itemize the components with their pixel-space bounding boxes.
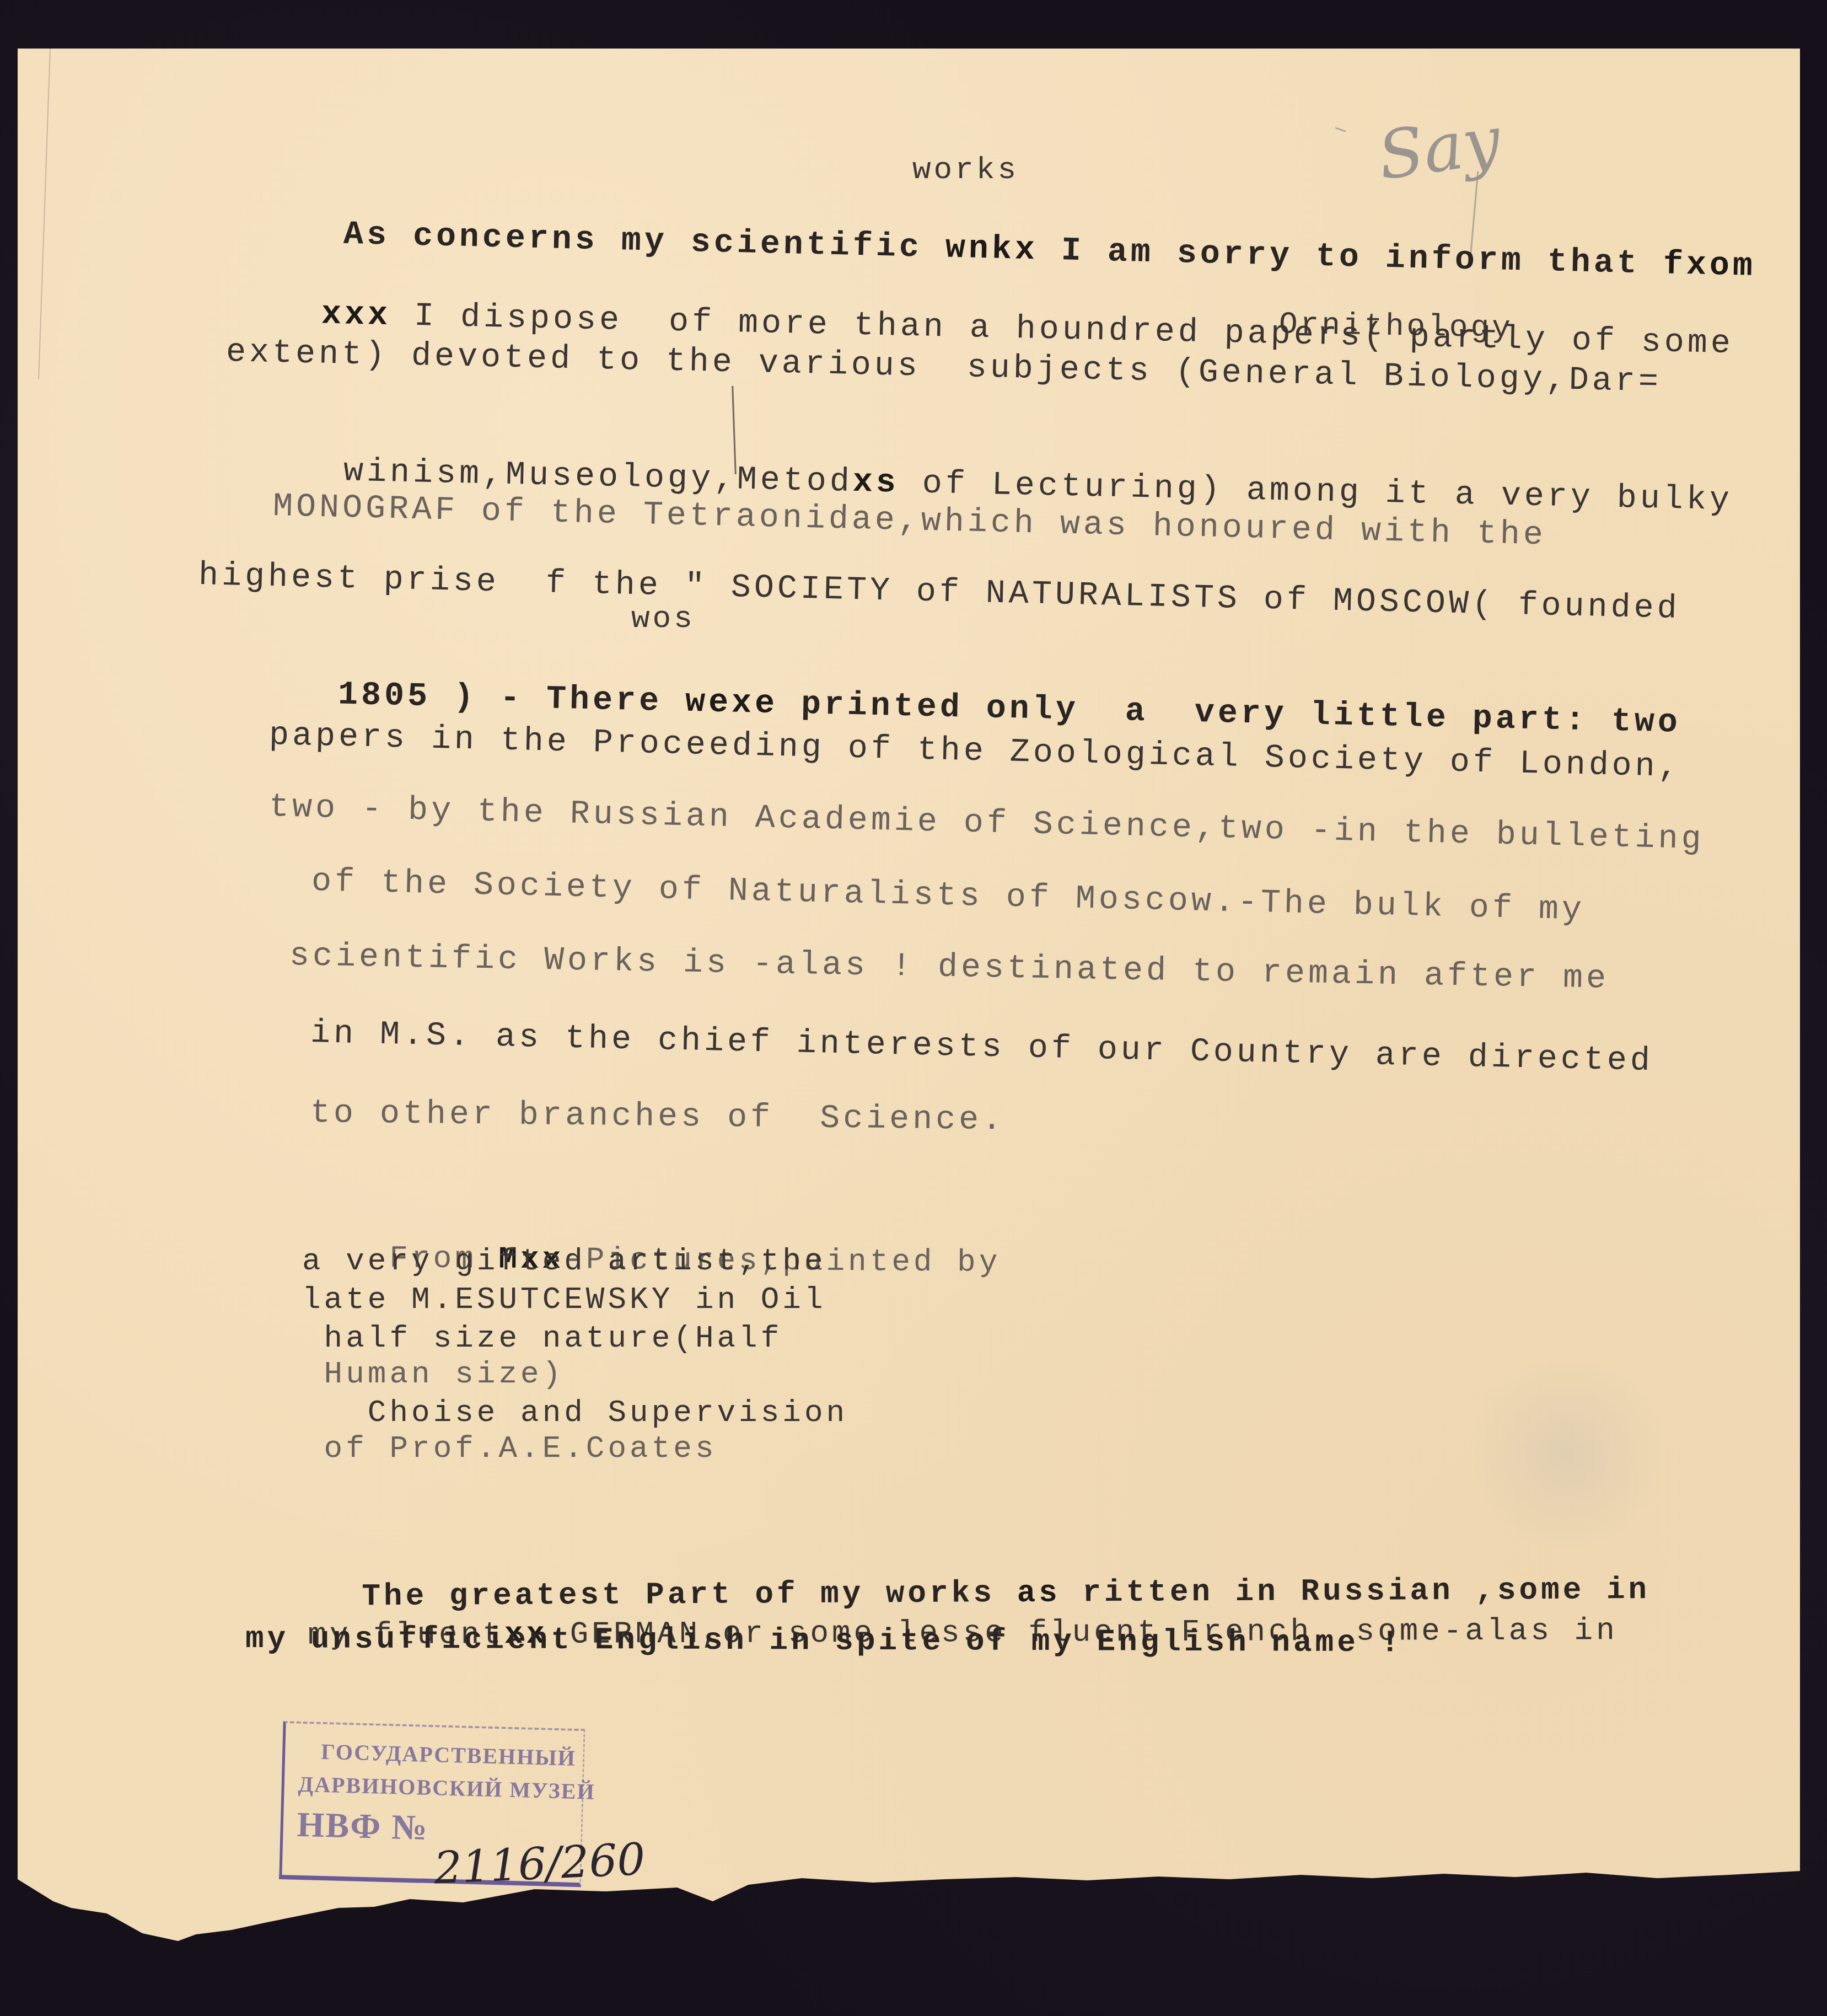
typed-line: of Prof.A.E.Coates <box>302 1431 717 1466</box>
museum-stamp: ГОСУДАРСТВЕННЫЙ ДАРВИНОВСКИЙ МУЗЕЙ НВФ №… <box>273 1715 587 1889</box>
struck-text: xxx <box>321 296 391 335</box>
insert-wos: wos <box>631 601 695 636</box>
struck-text: xs <box>852 464 899 502</box>
typed-line: a very gifted artist,the <box>302 1243 826 1279</box>
typed-line: late M.ESUTCEWSKY in Oil <box>302 1282 826 1317</box>
typed-line: my unsufficient English in spite of my E… <box>245 1621 1403 1660</box>
typed-line: to other branches of Science. <box>310 1095 1006 1139</box>
struck-text: wexe <box>685 684 778 723</box>
typed-line: half size nature(Half <box>302 1321 782 1356</box>
inventory-number: 2116/260 <box>433 1833 646 1894</box>
struck-text: fxom <box>1663 246 1756 286</box>
insert-works: works <box>912 152 1019 187</box>
fold-line <box>38 49 51 379</box>
struck-text: wnkx <box>945 230 1039 270</box>
paper-stain <box>1462 1361 1672 1548</box>
typed-line: Choise and Supervision <box>302 1395 848 1430</box>
stamp-label: НВФ № <box>297 1804 429 1848</box>
typed-line: Human size) <box>302 1356 564 1392</box>
